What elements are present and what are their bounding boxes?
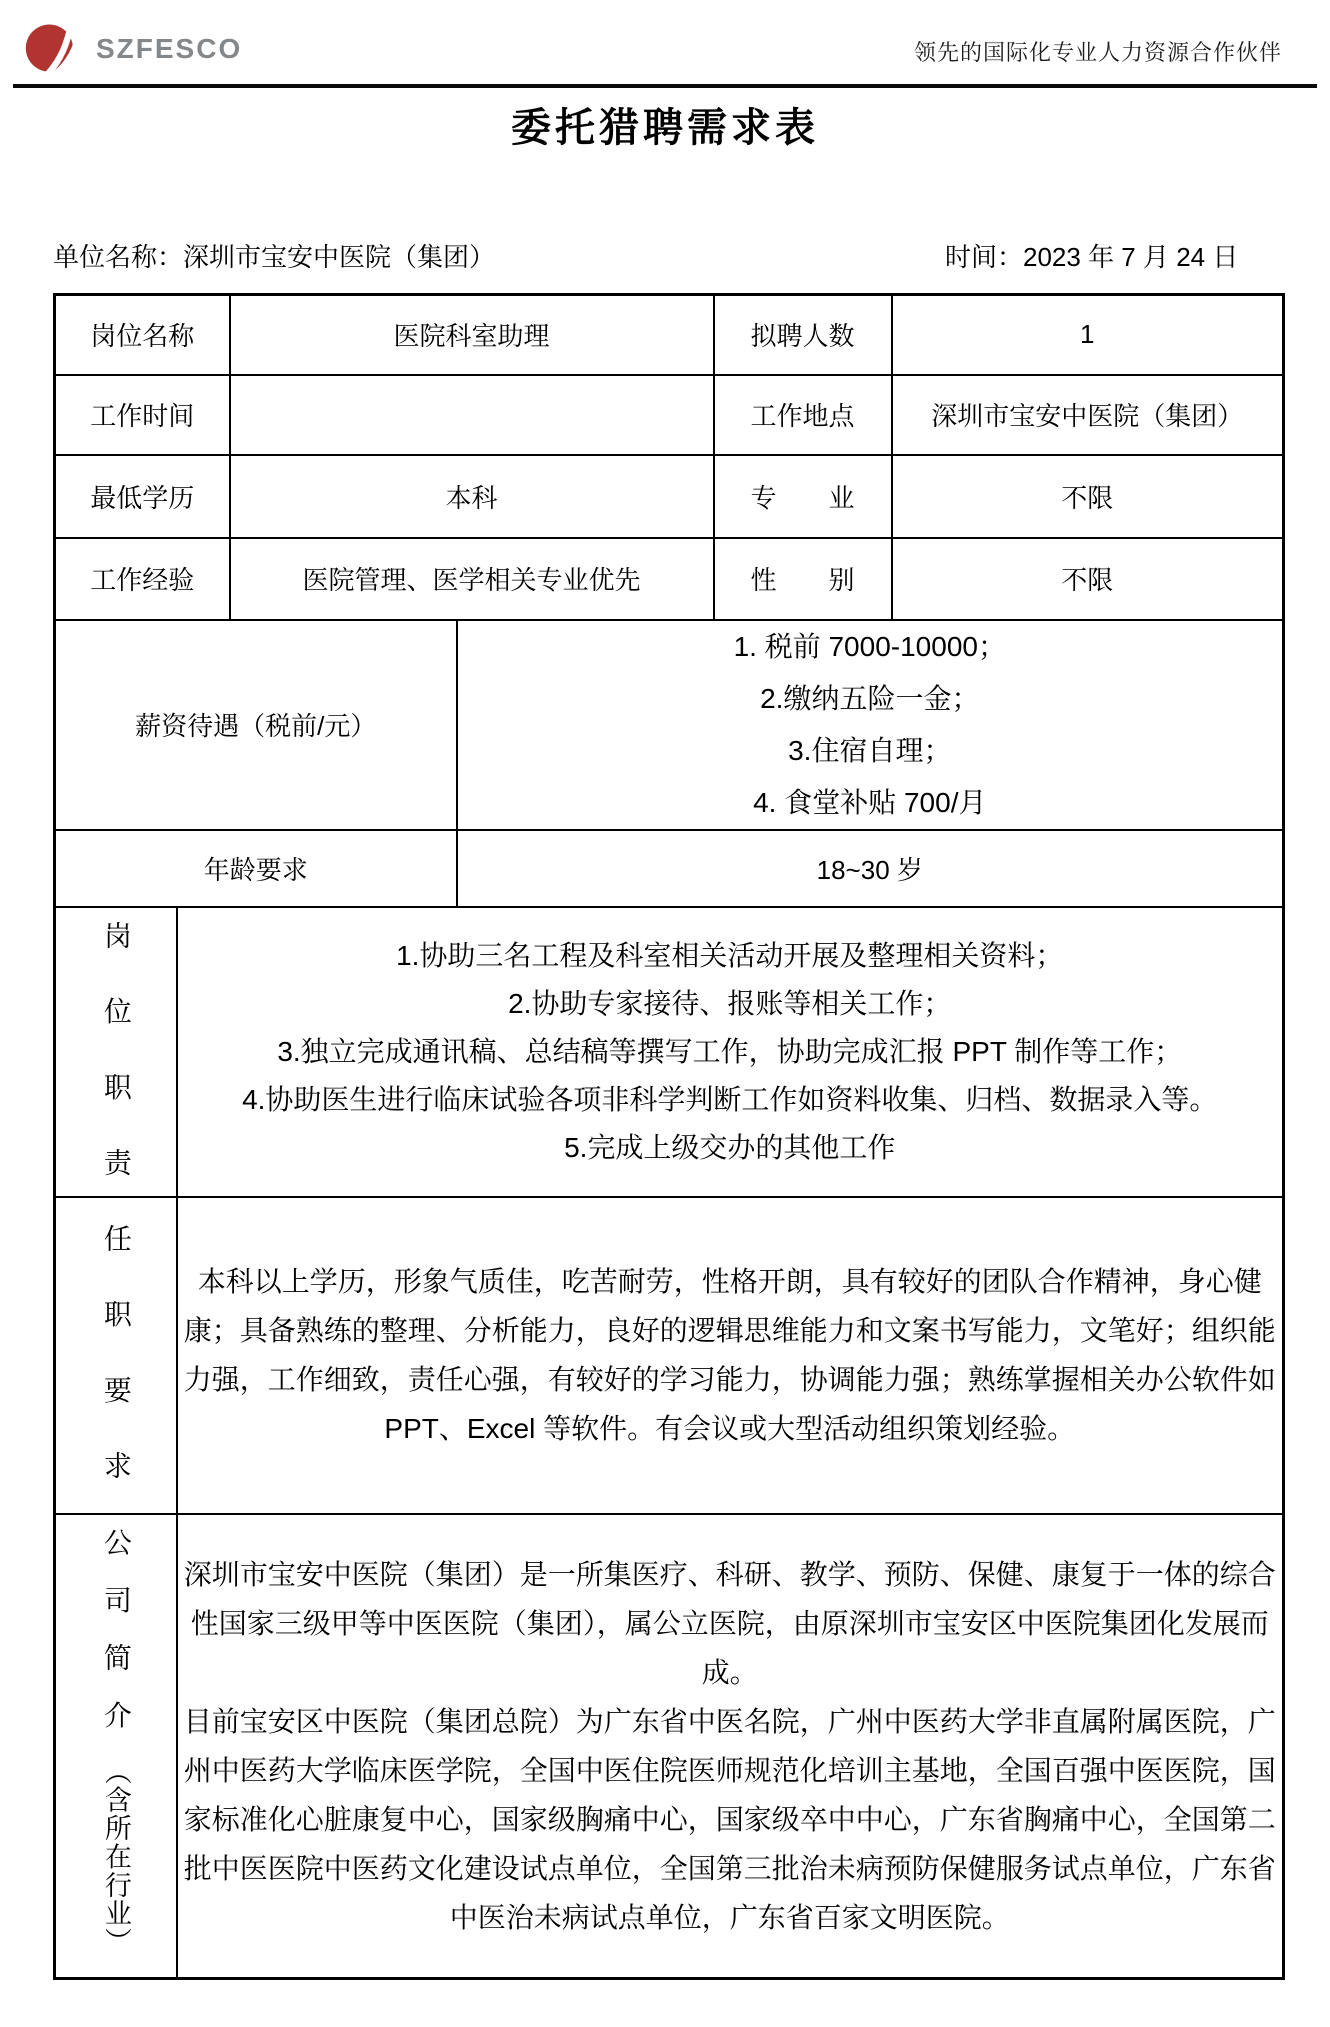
row-experience: 工作经验 医院管理、医学相关专业优先 性 别 不限 xyxy=(55,538,1284,620)
duties-value-cell: 1.协助三名工程及科室相关活动开展及整理相关资料； 2.协助专家接待、报账等相关… xyxy=(177,907,1284,1197)
requirements-label-cell: 任职要求 xyxy=(55,1197,177,1514)
date-label: 时间： xyxy=(945,242,1023,272)
major-value-cell: 不限 xyxy=(892,455,1284,538)
work-time-label-cell: 工作时间 xyxy=(55,375,230,455)
company-intro-label-sub: （含所在行业） xyxy=(101,1758,131,1956)
requirements-text: 本科以上学历，形象气质佳，吃苦耐劳，性格开朗，具有较好的团队合作精神，身心健康；… xyxy=(178,1257,1283,1453)
education-value-cell: 本科 xyxy=(230,455,714,538)
date-value: 2023 年 7 月 24 日 xyxy=(1023,242,1238,272)
row-education: 最低学历 本科 专 业 不限 xyxy=(55,455,1284,538)
company-logo: SZFESCO xyxy=(24,20,242,78)
company-intro-label: 公司简介（含所在行业） xyxy=(100,1528,132,1956)
company-intro-paragraph: 目前宝安区中医院（集团总院）为广东省中医名院，广州中医药大学非直属附属医院，广州… xyxy=(178,1697,1283,1942)
unit-name-value: 深圳市宝安中医院（集团） xyxy=(183,242,495,272)
duty-item: 5.完成上级交办的其他工作 xyxy=(178,1124,1283,1172)
headcount-value-cell: 1 xyxy=(892,295,1284,375)
company-intro-label-cell: 公司简介（含所在行业） xyxy=(55,1514,177,1979)
work-place-value-cell: 深圳市宝安中医院（集团） xyxy=(892,375,1284,455)
meta-row: 单位名称：深圳市宝安中医院（集团） 时间：2023 年 7 月 24 日 xyxy=(0,237,1330,271)
salary-item: 4. 食堂补贴 700/月 xyxy=(458,777,1283,829)
page-title: 委托猎聘需求表 xyxy=(0,96,1330,153)
company-intro-paragraph: 深圳市宝安中医院（集团）是一所集医疗、科研、教学、预防、保健、康复于一体的综合性… xyxy=(178,1550,1283,1697)
duty-item: 1.协助三名工程及科室相关活动开展及整理相关资料； xyxy=(178,932,1283,980)
experience-value-cell: 医院管理、医学相关专业优先 xyxy=(230,538,714,620)
company-intro-value-cell: 深圳市宝安中医院（集团）是一所集医疗、科研、教学、预防、保健、康复于一体的综合性… xyxy=(177,1514,1284,1979)
position-label-cell: 岗位名称 xyxy=(55,295,230,375)
requirements-label: 任职要求 xyxy=(100,1224,132,1513)
date-line: 时间：2023 年 7 月 24 日 xyxy=(945,237,1238,274)
gender-value-cell: 不限 xyxy=(892,538,1284,620)
company-intro-label-main: 公司简介 xyxy=(101,1528,132,1758)
position-value-cell: 医院科室助理 xyxy=(230,295,714,375)
unit-name-line: 单位名称：深圳市宝安中医院（集团） xyxy=(53,237,495,274)
salary-label-cell: 薪资待遇（税前/元） xyxy=(55,620,457,830)
szfesco-logo-icon xyxy=(24,20,82,78)
logo-wordmark: SZFESCO xyxy=(96,33,242,65)
duties-label-cell: 岗位职责 xyxy=(55,907,177,1197)
salary-item: 1. 税前 7000-10000； xyxy=(458,621,1283,673)
row-company-intro: 公司简介（含所在行业） 深圳市宝安中医院（集团）是一所集医疗、科研、教学、预防、… xyxy=(55,1514,1284,1979)
duties-label: 岗位职责 xyxy=(100,921,132,1197)
gender-label-cell: 性 别 xyxy=(714,538,892,620)
age-value-cell: 18~30 岁 xyxy=(457,830,1284,907)
row-requirements: 任职要求 本科以上学历，形象气质佳，吃苦耐劳，性格开朗，具有较好的团队合作精神，… xyxy=(55,1197,1284,1514)
duty-item: 4.协助医生进行临床试验各项非科学判断工作如资料收集、归档、数据录入等。 xyxy=(178,1076,1283,1124)
header-tagline: 领先的国际化专业人力资源合作伙伴 xyxy=(914,36,1282,67)
unit-name-label: 单位名称： xyxy=(53,242,183,272)
header-divider xyxy=(13,84,1317,88)
work-time-value-cell xyxy=(230,375,714,455)
headcount-label-cell: 拟聘人数 xyxy=(714,295,892,375)
salary-value-cell: 1. 税前 7000-10000； 2.缴纳五险一金； 3.住宿自理； 4. 食… xyxy=(457,620,1284,830)
duty-item: 3.独立完成通讯稿、总结稿等撰写工作，协助完成汇报 PPT 制作等工作； xyxy=(178,1028,1283,1076)
work-place-label-cell: 工作地点 xyxy=(714,375,892,455)
row-duties: 岗位职责 1.协助三名工程及科室相关活动开展及整理相关资料； 2.协助专家接待、… xyxy=(55,907,1284,1197)
row-age: 年龄要求 18~30 岁 xyxy=(55,830,1284,907)
requirement-form-table: 岗位名称 医院科室助理 拟聘人数 1 工作时间 工作地点 深圳市宝安中医院（集团… xyxy=(53,293,1285,1980)
age-label-cell: 年龄要求 xyxy=(55,830,457,907)
row-position: 岗位名称 医院科室助理 拟聘人数 1 xyxy=(55,295,1284,375)
document-page: SZFESCO 领先的国际化专业人力资源合作伙伴 委托猎聘需求表 单位名称：深圳… xyxy=(0,0,1330,2027)
salary-item: 3.住宿自理； xyxy=(458,725,1283,777)
duty-item: 2.协助专家接待、报账等相关工作； xyxy=(178,980,1283,1028)
row-salary: 薪资待遇（税前/元） 1. 税前 7000-10000； 2.缴纳五险一金； 3… xyxy=(55,620,1284,830)
major-label-cell: 专 业 xyxy=(714,455,892,538)
education-label-cell: 最低学历 xyxy=(55,455,230,538)
experience-label-cell: 工作经验 xyxy=(55,538,230,620)
row-work-time: 工作时间 工作地点 深圳市宝安中医院（集团） xyxy=(55,375,1284,455)
requirements-value-cell: 本科以上学历，形象气质佳，吃苦耐劳，性格开朗，具有较好的团队合作精神，身心健康；… xyxy=(177,1197,1284,1514)
salary-item: 2.缴纳五险一金； xyxy=(458,673,1283,725)
